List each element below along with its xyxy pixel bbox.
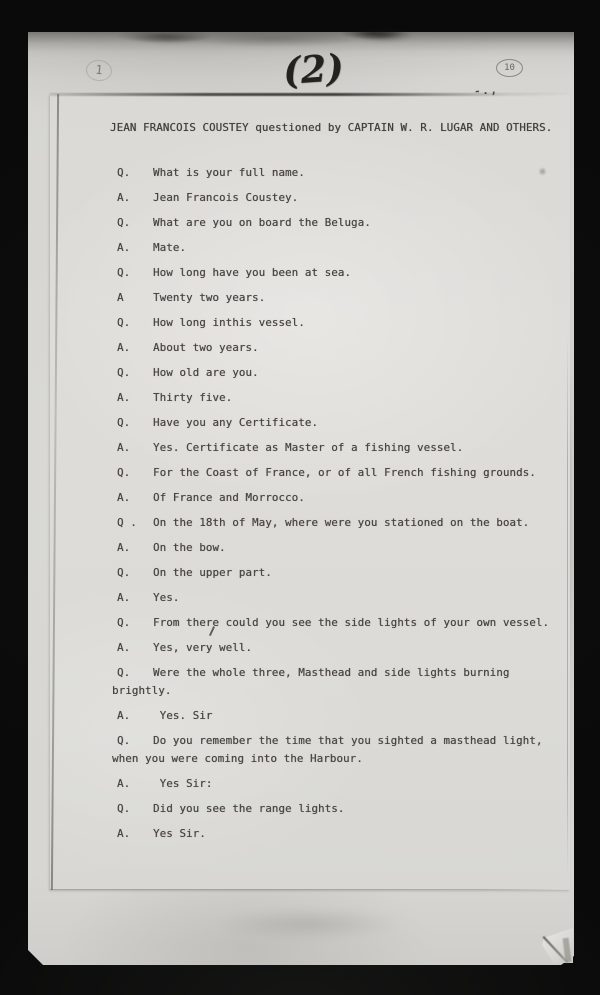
transcript-row: A.Yes Sir. — [0, 827, 600, 842]
qa-prefix: A. — [117, 491, 130, 505]
qa-text: What are you on board the Beluga. — [153, 216, 371, 230]
qa-text: Yes, very well. — [153, 641, 252, 655]
transcript-row: Q.On the upper part. — [0, 566, 600, 581]
qa-text: Mate. — [153, 241, 186, 255]
qa-text: Thirty five. — [153, 391, 232, 405]
transcript-row: when you were coming into the Harbour. — [0, 752, 600, 767]
qa-prefix: Q. — [117, 666, 130, 680]
qa-prefix: Q. — [117, 366, 130, 380]
qa-text: How old are you. — [153, 366, 259, 380]
transcript-row: Q.From there could you see the side ligh… — [0, 616, 600, 631]
transcript-row: Q.What are you on board the Beluga. — [0, 216, 600, 231]
transcript-row: A.Yes. — [0, 591, 600, 606]
faint-mark-right — [538, 167, 547, 176]
top-edge-smudge — [130, 33, 210, 44]
qa-prefix: A. — [117, 241, 130, 255]
qa-text: How long have you been at sea. — [153, 266, 351, 280]
transcript-row: ATwenty two years. — [0, 291, 600, 306]
qa-prefix: A. — [117, 541, 130, 555]
faint-stamp: 10 — [496, 59, 523, 77]
qa-prefix: A. — [117, 341, 130, 355]
transcript-row: Q.Do you remember the time that you sigh… — [0, 734, 600, 749]
qa-prefix: Q. — [117, 466, 130, 480]
qa-prefix: A. — [117, 641, 130, 655]
text-layer: JEAN FRANCOIS COUSTEY questioned by CAPT… — [0, 0, 600, 995]
qa-text: Yes. Certificate as Master of a fishing … — [153, 441, 463, 455]
qa-prefix: A. — [117, 591, 130, 605]
qa-text: On the bow. — [153, 541, 226, 555]
qa-prefix: A — [117, 291, 124, 305]
qa-text: Twenty two years. — [153, 291, 265, 305]
transcript-row: A.On the bow. — [0, 541, 600, 556]
transcript-row: Q.How old are you. — [0, 366, 600, 381]
transcript-row: Q.Did you see the range lights. — [0, 802, 600, 817]
transcript-row: Q.For the Coast of France, or of all Fre… — [0, 466, 600, 481]
qa-text: Of France and Morrocco. — [153, 491, 305, 505]
transcript-row: A.Thirty five. — [0, 391, 600, 406]
handwritten-page-number: (2) — [282, 45, 346, 93]
transcript-row: Q.Have you any Certificate. — [0, 416, 600, 431]
qa-prefix: Q. — [117, 566, 130, 580]
qa-text: Yes. Sir — [153, 709, 212, 723]
transcript-row: Q.How long have you been at sea. — [0, 266, 600, 281]
qa-prefix: Q. — [117, 316, 130, 330]
qa-text: About two years. — [153, 341, 259, 355]
qa-text: Jean Francois Coustey. — [153, 191, 298, 205]
transcript-row: A.Of France and Morrocco. — [0, 491, 600, 506]
qa-text: On the upper part. — [153, 566, 272, 580]
transcript-row: A.Jean Francois Coustey. — [0, 191, 600, 206]
qa-text: Have you any Certificate. — [153, 416, 318, 430]
transcript-row: A. Yes. Sir — [0, 709, 600, 724]
transcript-row: A.About two years. — [0, 341, 600, 356]
qa-text: What is your full name. — [153, 166, 305, 180]
transcript-row: Q.How long inthis vessel. — [0, 316, 600, 331]
transcript-row: A.Mate. — [0, 241, 600, 256]
qa-prefix: A. — [117, 777, 130, 791]
transcript-row: A.Yes. Certificate as Master of a fishin… — [0, 441, 600, 456]
qa-prefix: Q. — [117, 216, 130, 230]
qa-text: Did you see the range lights. — [153, 802, 344, 816]
qa-prefix: Q . — [117, 516, 137, 530]
transcript-row: A.Yes, very well. — [0, 641, 600, 656]
qa-prefix: Q. — [117, 734, 130, 748]
qa-text: Yes Sir. — [153, 827, 206, 841]
qa-text: brightly. — [112, 684, 171, 698]
qa-text: Were the whole three, Masthead and side … — [153, 666, 509, 680]
pencil-mark-right-edge: -., — [474, 83, 499, 98]
qa-prefix: A. — [117, 191, 130, 205]
qa-prefix: Q. — [117, 166, 130, 180]
qa-prefix: A. — [117, 827, 130, 841]
scanned-document-page: JEAN FRANCOIS COUSTEY questioned by CAPT… — [0, 0, 600, 995]
transcript-row: A. Yes Sir: — [0, 777, 600, 792]
transcript-row: brightly. — [0, 684, 600, 699]
transcript-row: Q.Were the whole three, Masthead and sid… — [0, 666, 600, 681]
qa-prefix: A. — [117, 441, 130, 455]
qa-text: when you were coming into the Harbour. — [112, 752, 363, 766]
transcript-row: Q .On the 18th of May, where were you st… — [0, 516, 600, 531]
qa-prefix: A. — [117, 709, 130, 723]
transcript-row: Q.What is your full name. — [0, 166, 600, 181]
top-center-smudge — [352, 27, 414, 42]
qa-text: How long inthis vessel. — [153, 316, 305, 330]
qa-text: For the Coast of France, or of all Frenc… — [153, 466, 536, 480]
qa-prefix: Q. — [117, 266, 130, 280]
qa-text: Yes. — [153, 591, 179, 605]
qa-prefix: A. — [117, 391, 130, 405]
qa-prefix: Q. — [117, 416, 130, 430]
document-title: JEAN FRANCOIS COUSTEY questioned by CAPT… — [110, 121, 570, 135]
qa-text: Do you remember the time that you sighte… — [153, 734, 542, 748]
qa-prefix: Q. — [117, 802, 130, 816]
qa-text: On the 18th of May, where were you stati… — [153, 516, 529, 530]
qa-text: Yes Sir: — [153, 777, 212, 791]
qa-prefix: Q. — [117, 616, 130, 630]
